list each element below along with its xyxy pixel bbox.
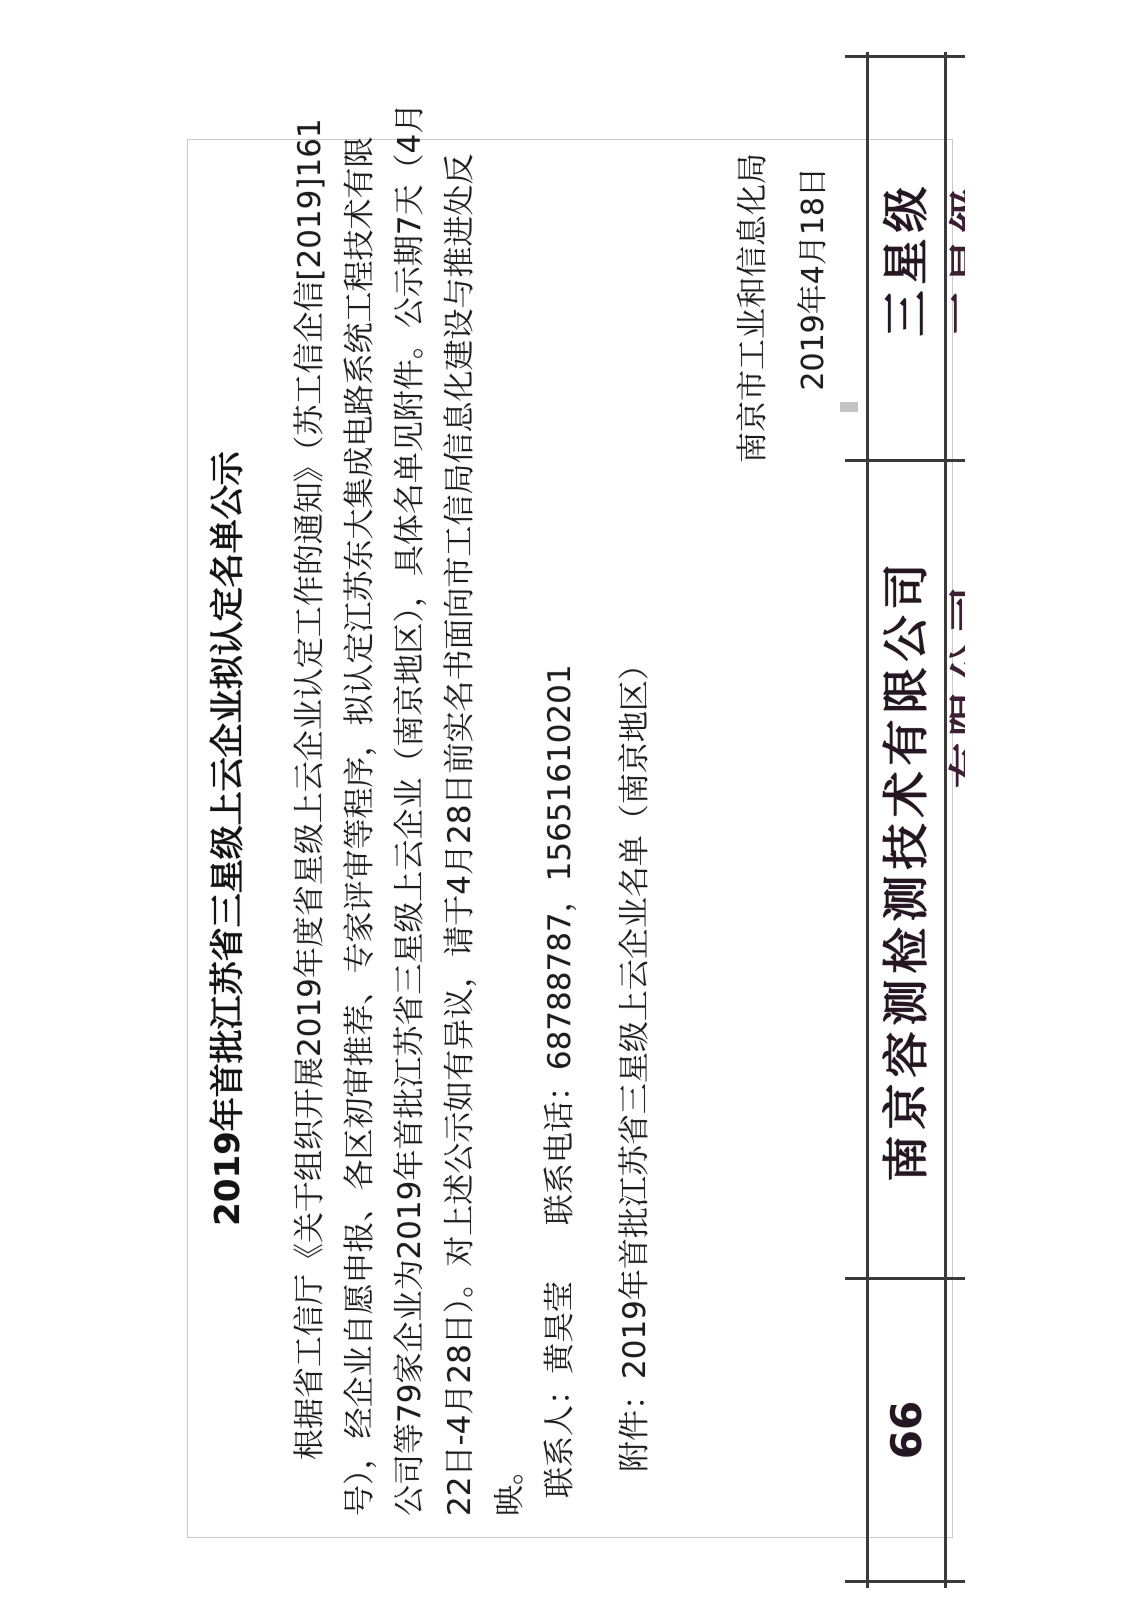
scanned-document-screenshot: 2019年首批江苏省三星级上云企业拟认定名单公示 根据省工信厅《关于组织开展20… (0, 0, 1131, 1600)
contact-line: 联系人：黄昊莹 联系电话：68788787，15651610201 (535, 166, 585, 1516)
issuer-signature: 南京市工业和信息化局 (728, 153, 778, 1538)
paragraph-line-1: 根据省工信厅《关于组织开展2019年度省星级上云企业认定工作的通知》（苏工信企信… (285, 166, 335, 1516)
table-rule-left (845, 1580, 965, 1583)
rotated-document-page: 2019年首批江苏省三星级上云企业拟认定名单公示 根据省工信厅《关于组织开展20… (0, 0, 1131, 1600)
paragraph-line-2: 号），经企业自愿申报、各区初审推荐、专家评审等程序，拟认定江苏东大集成电路系统工… (335, 166, 385, 1516)
document-title: 2019年首批江苏省三星级上云企业拟认定名单公示 (200, 139, 249, 1538)
next-row-company-fragment: 有限公司 (948, 462, 965, 1277)
attachment-line: 附件：2019年首批江苏省三星级上云企业名单（南京地区） (610, 166, 660, 1516)
paragraph-line-3: 公司等79家企业为2019年首批江苏省三星级上云企业（南京地区），具体名单见附件… (385, 166, 435, 1516)
table-row-serial-cell: 66 (869, 1280, 944, 1580)
issue-date: 2019年4月18日 (790, 167, 838, 1538)
contact-phone: 联系电话：68788787，15651610201 (542, 664, 578, 1225)
paragraph-line-4: 22日-4月28日）。对上述公示如有异议，请于4月28日前实名书面向市工信局信息… (435, 166, 485, 1516)
contact-person: 联系人：黄昊莹 (542, 1281, 578, 1498)
companies-table-strip: 66 南京容测检测技术有限公司 三星级 有限公司 三星级 (845, 52, 965, 1588)
paragraph-line-5: 映。 (485, 166, 535, 1516)
announcement-paragraph: 根据省工信厅《关于组织开展2019年度省星级上云企业认定工作的通知》（苏工信企信… (285, 166, 535, 1516)
next-row-grade-fragment: 三星级 (948, 58, 965, 459)
table-row-company-cell: 南京容测检测技术有限公司 (869, 462, 944, 1277)
table-row-grade-cell: 三星级 (869, 58, 944, 459)
